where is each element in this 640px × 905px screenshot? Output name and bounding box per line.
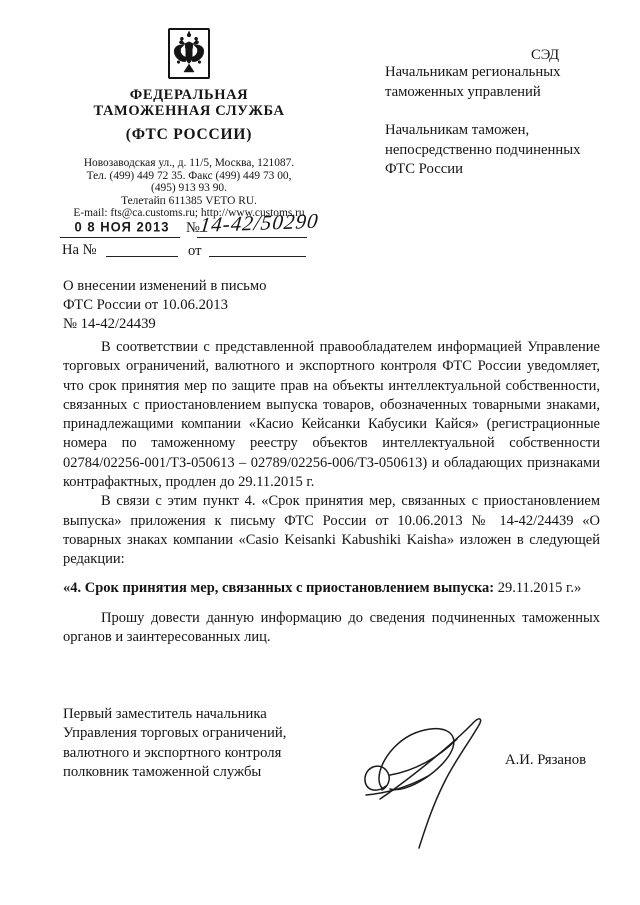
signer-position-line: Управления торговых ограничений,	[63, 724, 323, 743]
signer-name: А.И. Рязанов	[505, 752, 586, 769]
ot-label: от	[188, 243, 201, 260]
date-stamp: 0 8 НОЯ 2013	[64, 218, 180, 234]
na-number-label: На №	[62, 242, 97, 259]
recipients-group-1: Начальникам региональных таможенных упра…	[385, 63, 600, 102]
subject-line: О внесении изменений в письмо	[63, 277, 363, 296]
official-letter-page: ФЕДЕРАЛЬНАЯ ТАМОЖЕННАЯ СЛУЖБА (ФТС РОССИ…	[0, 0, 640, 905]
double-headed-eagle-icon	[170, 30, 208, 77]
signer-position-block: Первый заместитель начальника Управления…	[63, 705, 323, 782]
subject-block: О внесении изменений в письмо ФТС России…	[63, 277, 363, 334]
address-line: Телетайп 611385 VETO RU.	[60, 195, 318, 208]
address-line: Тел. (499) 449 72 35. Факс (499) 449 73 …	[60, 170, 318, 183]
recipient-line: таможенных управлений	[385, 83, 600, 103]
amendment-quote: «4. Срок принятия мер, связанных с приос…	[63, 579, 600, 598]
ot-underline	[209, 256, 306, 257]
body-paragraph-1: В соответствии с представленной правообл…	[63, 338, 600, 492]
signer-position-line: Первый заместитель начальника	[63, 705, 323, 724]
body-paragraph-3: Прошу довести данную информацию до сведе…	[63, 609, 600, 648]
outgoing-number-handwritten: 14-42/50290	[198, 209, 311, 238]
amendment-quote-bold: «4. Срок принятия мер, связанных с приос…	[63, 580, 494, 596]
signer-position-line: полковник таможенной службы	[63, 763, 323, 782]
number-underline	[197, 237, 307, 238]
date-underline	[60, 237, 180, 238]
signature-scribble	[352, 698, 537, 858]
recipient-line: Начальникам таможен,	[385, 121, 600, 141]
amendment-quote-date: 29.11.2015 г.»	[498, 580, 582, 596]
recipient-line: непосредственно подчиненных	[385, 141, 600, 161]
subject-line: № 14-42/24439	[63, 315, 363, 334]
letter-body: В соответствии с представленной правообл…	[63, 338, 600, 647]
body-paragraph-2: В связи с этим пункт 4. «Срок принятия м…	[63, 492, 600, 569]
org-name-abbr: (ФТС РОССИИ)	[60, 126, 318, 144]
recipient-line: Начальникам региональных	[385, 63, 600, 83]
emblem-box	[168, 28, 210, 79]
signer-position-line: валютного и экспортного контроля	[63, 744, 323, 763]
letterhead: ФЕДЕРАЛЬНАЯ ТАМОЖЕННАЯ СЛУЖБА (ФТС РОССИ…	[60, 28, 318, 220]
recipient-line: ФТС России	[385, 160, 600, 180]
recipients-group-2: Начальникам таможен, непосредственно под…	[385, 121, 600, 180]
org-name-line2: ТАМОЖЕННАЯ СЛУЖБА	[60, 104, 318, 120]
address-line: (495) 913 93 90.	[60, 182, 318, 195]
na-number-underline	[106, 256, 178, 257]
address-line: Новозаводская ул., д. 11/5, Москва, 1210…	[60, 157, 318, 170]
org-name-line1: ФЕДЕРАЛЬНАЯ	[60, 88, 318, 104]
subject-line: ФТС России от 10.06.2013	[63, 296, 363, 315]
sed-mark: СЭД	[531, 47, 559, 64]
